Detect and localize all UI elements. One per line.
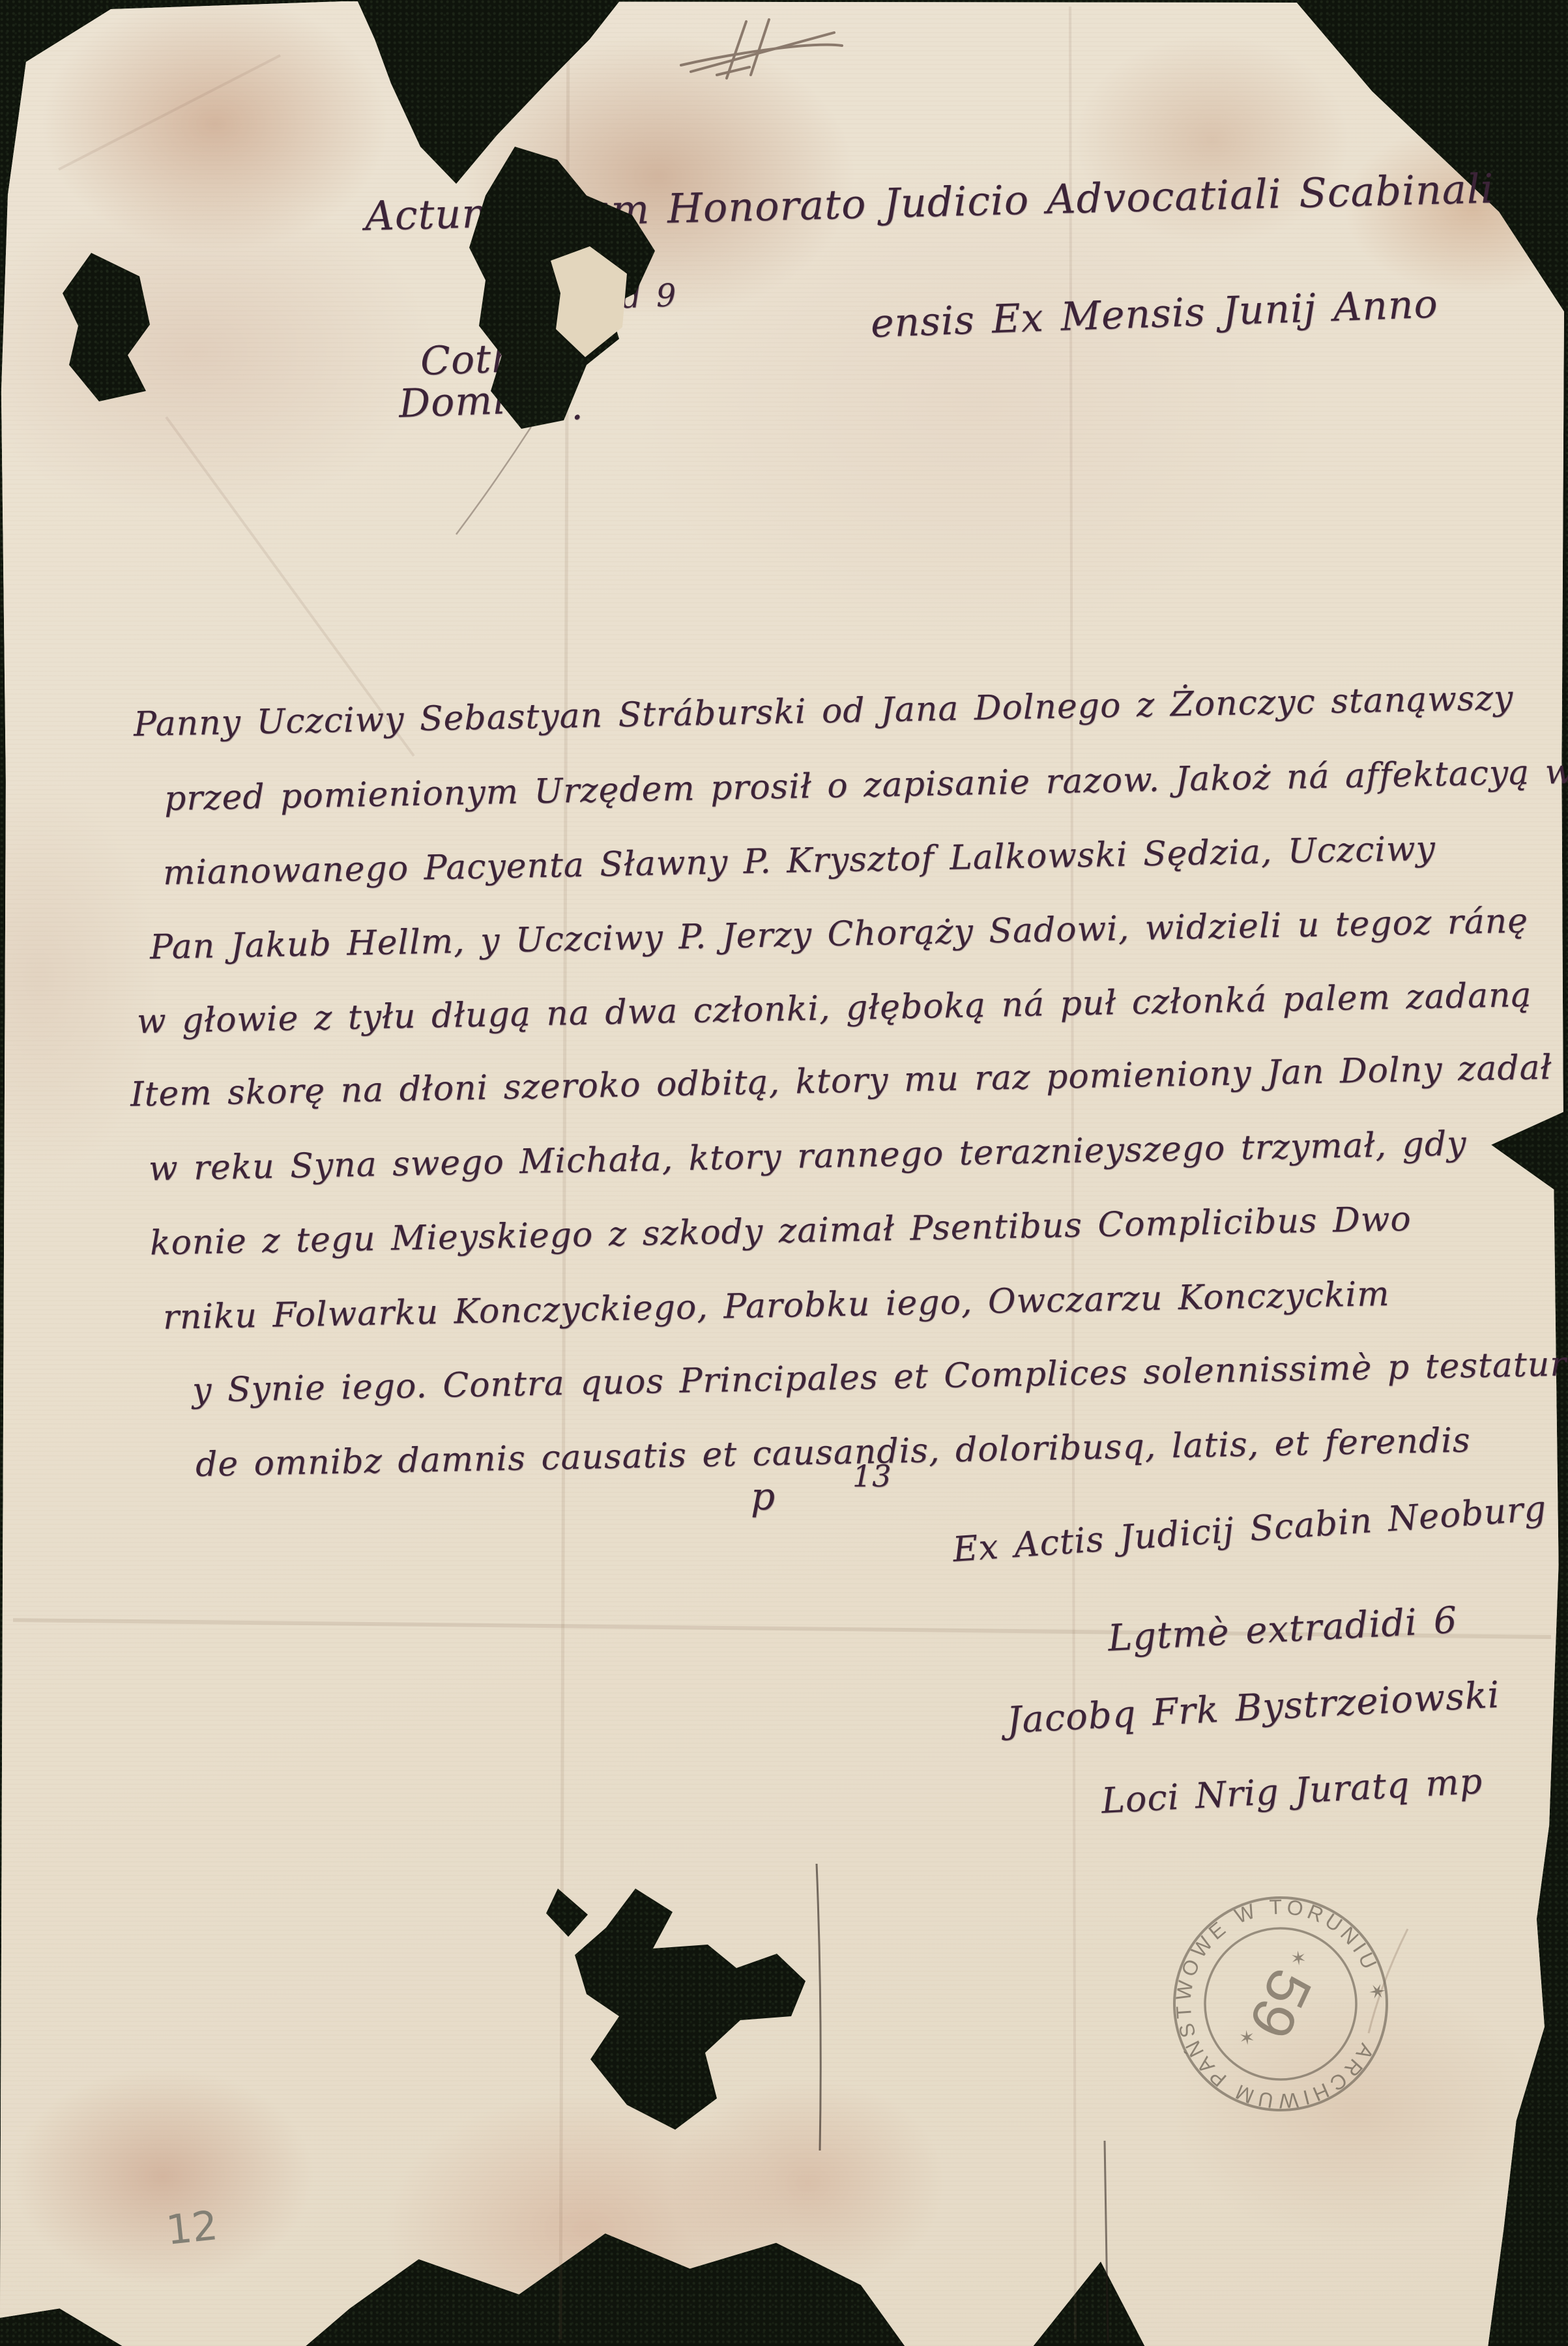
closing-line-1: p (751, 1474, 776, 1518)
stamp-star-left-icon: ✶ (1284, 1945, 1311, 1970)
closing-line-2: 13 (852, 1458, 892, 1494)
pencil-folio-number: 12 (164, 2201, 220, 2254)
photo-background: { "page": { "kind": "archival manuscript… (0, 0, 1568, 2346)
archive-stamp: ARCHIWUM PAŃSTWOWE W TORUNIU ✶ 59 ✶ ✶ (1150, 1874, 1411, 2134)
manuscript-photo: Actum coram Honorato Judicio Advocatiali… (0, 0, 1568, 2346)
